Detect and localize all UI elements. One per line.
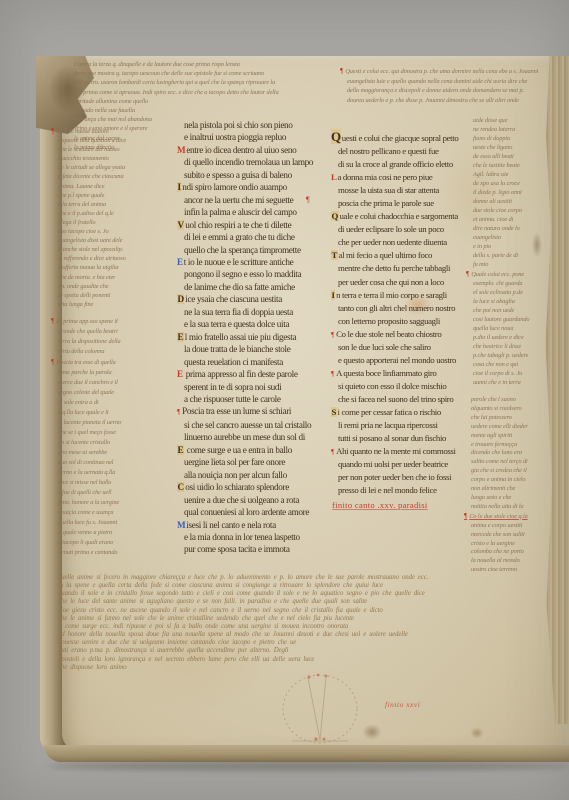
text-line: lume parche la parola <box>58 368 121 378</box>
decorated-initial: E <box>177 445 184 455</box>
text-line: el sole entra a di <box>58 398 121 408</box>
text-line: euangelista dissi uani dele <box>58 236 126 245</box>
text-line: tutti si posano al sonar dun fischio <box>338 432 458 445</box>
text-line: donne ali uestiti <box>473 197 529 206</box>
text-line: Quale e colui chadocchia e sargomenta <box>331 210 458 223</box>
decorated-initial: Q <box>331 211 339 221</box>
text-line: ueste che ligano <box>473 143 529 152</box>
text-line: che le iustitie beate <box>473 161 529 170</box>
text-line: che le luce del sante anime si agugliano… <box>58 598 428 606</box>
gutter-paragraph-mark: ¶ <box>306 195 310 204</box>
text-line: Vuol chio respiri a te che ti dilette <box>177 219 313 231</box>
text-line: che p.l spene quale <box>58 191 126 200</box>
text-line: Tal mi fecio a quel ultimo foco <box>331 249 458 262</box>
text-line: Et io le nuoue e le scritture antiche <box>177 256 313 268</box>
text-line: notitia nella uita di la <box>471 503 528 512</box>
right-margin-gloss-lower: parole che l suonoalquanto si riuolseroc… <box>471 396 528 575</box>
text-line: si che sel cancro auesse un tal cristall… <box>184 419 313 431</box>
text-line: di ueder eclipsare lo sole un poco <box>338 223 458 236</box>
decorated-initial: I <box>331 290 335 300</box>
text-line: Agil. laltra uie <box>473 170 529 179</box>
text-line: el sole eclissato p.de <box>473 288 529 297</box>
text-line: quelle anime si fecero in maggiore chiar… <box>58 574 428 582</box>
text-line: ¶Questi e colui ecc. qui dimostra p. che… <box>340 66 538 77</box>
text-line: uenuti prima e cantando <box>58 548 121 558</box>
text-line: dicendo che luno era <box>471 449 528 458</box>
text-line: si refferendo e dice uirtuoso <box>58 254 126 263</box>
text-line: euangelista <box>473 233 529 242</box>
text-line: caritade allumina come quello <box>74 97 279 106</box>
manuscript-photo: Contra la terza q. dinquelle e da lautor… <box>0 0 569 800</box>
text-line: il diede p. ligio anni <box>473 188 529 197</box>
text-line: uanni che e in terra <box>473 378 529 387</box>
text-line: la spetia delli ponenti <box>58 291 126 300</box>
text-line: e iacopo li quali erano <box>58 538 121 548</box>
text-line: della s. parte de di <box>473 251 529 260</box>
text-line: che dispuose loro animo <box>58 664 428 672</box>
text-line: e offerta nuoua la uigilia <box>58 263 126 272</box>
text-line: mercede che son saliti <box>471 531 528 540</box>
decorated-initial: Q <box>331 129 341 144</box>
text-line: che lui potessero <box>471 414 528 423</box>
text-line: ¶Ahi quanto ne la mente mi commossi <box>331 445 458 458</box>
text-line: di su la croce al grande officio eletto <box>338 158 458 171</box>
text-line: uita lunga fine <box>58 300 126 309</box>
text-line: suo iacopo cioe s. Jo <box>58 227 126 236</box>
text-line: p.che tabagli p. uedere <box>473 351 529 360</box>
text-line: che le anime si fanno nel sole che le an… <box>58 615 428 623</box>
text-line: e trouaro fermeçça <box>471 441 528 450</box>
text-line: infin la palma e aluscir del campo <box>184 206 313 218</box>
paragraph-mark: ¶ <box>51 126 54 135</box>
decorated-initial: I <box>177 182 181 192</box>
text-line: Indi spiro lamore ondio auampo <box>177 181 313 193</box>
text-line: Si come per cessar fatica o rischio <box>331 406 458 419</box>
text-line: p.dio il uedere e dice <box>473 333 529 342</box>
text-line: colomba che ne porto <box>471 548 528 557</box>
text-line: fiano di doppia <box>473 134 529 143</box>
text-line: exemplo. chi guarda <box>473 279 529 288</box>
paragraph-mark: ¶ <box>51 316 54 325</box>
paragraph-mark: ¶ <box>331 330 334 339</box>
text-line: e questo apporterai nel mondo uostro <box>338 354 458 367</box>
decorated-initial: L <box>331 172 337 182</box>
text-line: e la mia donna in lor tenea laspetto <box>184 531 313 543</box>
text-line: nela pistola poi si chio son pieno <box>184 119 313 131</box>
text-line: due stole cioe corpo <box>473 206 529 215</box>
text-line: e q.lla luce quale e li <box>58 408 121 418</box>
text-line: alquanto si riuolsero <box>471 405 528 414</box>
text-line: rispuose alla quistion e dice <box>58 136 126 145</box>
text-line: fu mio <box>473 260 529 269</box>
text-line: uostro cioe terreno <box>471 566 528 575</box>
text-line: anima. Laume dice <box>58 182 126 191</box>
text-line: terra la dispositione della <box>58 337 121 347</box>
text-line: del nostro pellicano e questi fue <box>338 145 458 158</box>
text-line: anima e corpo uestiti <box>471 522 528 531</box>
text-line: tanto con gli altri chel numero nostro <box>338 302 458 315</box>
text-line: ¶Co le due stole nel beato chiostro <box>331 328 458 341</box>
text-line: fano. honore a la uergine <box>58 498 121 508</box>
text-line: che le scritture del nuouo <box>58 145 126 154</box>
text-line: E come surge ecc. indi ripuose e poi si … <box>58 623 428 631</box>
text-line: ¶Et io le nuoue lautore <box>51 126 126 136</box>
text-line: uenire a due che si uolgeano a rota <box>184 494 313 506</box>
verse-column-right: Questi e colui che giacque sopral pettod… <box>330 130 458 497</box>
text-line: ¶Poscia tra esse di quella <box>51 357 121 368</box>
text-line: la nouella al mondo <box>471 557 528 566</box>
text-line: a che rispuoser tutte le carole <box>184 393 313 405</box>
left-margin-gloss-upper: ¶Et io le nuoue lautorerispuose alla qui… <box>58 126 126 309</box>
text-line: la luce si abaglia <box>473 297 529 306</box>
text-line: della maggiorança e discepoli e donne ui… <box>347 86 538 96</box>
text-line: ancor ne la uertu che mi seguette <box>184 194 313 206</box>
text-line: parole che l suono <box>471 396 528 405</box>
text-line: de esso alli beati <box>473 152 529 161</box>
text-line: de lanime che dio sa fatte amiche <box>184 281 313 293</box>
text-line: El mio fratello assai uie piu digesta <box>177 331 313 343</box>
text-line: nouiçia come e usança <box>58 508 121 518</box>
text-line: ¶Poscia tra esse un lume si schiari <box>177 405 313 418</box>
text-line: La donna mia cosi ne pero piue <box>331 171 458 184</box>
bottom-commentary: quelle anime si fecero in maggiore chiar… <box>58 574 428 672</box>
text-line: gia che si credea che il <box>471 467 528 476</box>
quire-note-rubric: finito xxvi <box>385 700 420 709</box>
text-line: che de morta. e bia eter <box>58 273 126 282</box>
text-line: tione che mostra q. iacopo uescouo che d… <box>74 69 279 78</box>
decorated-initial: M <box>177 520 185 530</box>
text-line: dourea uederlo e p. che disse p. Jouanni… <box>347 96 538 106</box>
text-line: uide disse que <box>473 116 529 125</box>
text-line: luce si misse nel ballo <box>58 478 121 488</box>
paragraph-mark: ¶ <box>177 407 180 416</box>
text-line: segno celeste del quale <box>58 388 121 398</box>
decorated-initial: E <box>177 332 184 342</box>
decorated-initial: C <box>177 482 184 492</box>
verse-column-left: nela pistola poi si chio son pienoe inal… <box>176 119 313 556</box>
text-line: ¶Co le due stole cioe q.la <box>464 512 528 522</box>
text-line: per pietro. usaron lombardi certa lusing… <box>74 78 279 87</box>
text-line: alla nouiçia non per alcun fallo <box>184 469 313 481</box>
text-line: uno mese ui serebbe <box>58 448 121 458</box>
text-line: mosse la uista sua di star attenta <box>338 184 458 197</box>
text-line: Mentre io dicea dentro al uiuo seno <box>177 144 313 156</box>
text-line: di lei e emmi a grato che tu diche <box>184 231 313 243</box>
text-line: alega il fratello <box>58 218 126 227</box>
paragraph-mark: ¶ <box>331 369 334 378</box>
explicit-rubric: finito canto .xxv. paradisi <box>332 500 428 510</box>
text-line: presso di lei e nel mondo felice <box>338 484 458 497</box>
text-line: ad honore della nouella sposa doue fia u… <box>58 631 428 639</box>
text-line: si quieto con esso il dolce mischio <box>338 380 458 393</box>
text-line: Questi e colui che giacque sopral petto <box>331 130 458 145</box>
text-line: di quello incendio tremolaua un lampo <box>184 156 313 168</box>
text-line: e uecchio testamento <box>58 154 126 163</box>
text-line: euangelista luie e quello quando nella c… <box>347 77 538 87</box>
text-line: e inaltrui uostra pioggia repluo <box>184 131 313 143</box>
text-line: uergine lieta sol per fare onore <box>184 456 313 468</box>
text-line: quella luce noua <box>473 324 529 333</box>
text-line: quello che la sperança timpromette <box>184 244 313 256</box>
text-line: ¶Et prima app.sso spene il <box>51 316 121 327</box>
text-line: e la sua terra e questa dolce uita <box>184 318 313 330</box>
header-gloss-right: ¶Questi e colui ecc. qui dimostra p. che… <box>347 66 538 105</box>
text-line: non altrimenti che <box>471 485 528 494</box>
text-line: son le due luci sole che saliro <box>338 341 458 354</box>
decorated-initial: V <box>177 220 184 230</box>
text-line: bianche stole nel apocalip. <box>58 245 126 254</box>
text-line: luogo uoto e che <box>471 494 528 503</box>
text-line: dire natura onde lo <box>473 224 529 233</box>
text-line: mentre che detto fu perche tabbagli <box>338 262 458 275</box>
text-line: in la spene e quella certa della fede si… <box>58 582 428 590</box>
paragraph-mark: ¶ <box>51 357 54 366</box>
text-line: per non poter ueder ben che io fossi <box>338 471 458 484</box>
text-line: In terra e terra il mio corpo e saragli <box>331 289 458 302</box>
text-line: e fue di quelli che uell <box>58 488 121 498</box>
paragraph-mark: ¶ <box>340 66 343 75</box>
text-line: linuerno aurebbe un mese dun sol di <box>184 431 313 443</box>
paragraph-mark: ¶ <box>464 511 467 520</box>
text-line: che e il p.adiso del q.le <box>58 209 126 218</box>
decorated-initial: S <box>331 407 337 417</box>
text-line: douesse uenire e due che si uolgeano ins… <box>58 639 428 647</box>
text-line: cristo e la uergine <box>471 540 528 549</box>
text-line: et anima. cioe di <box>473 215 529 224</box>
text-line: che se i quel meço fosse <box>58 428 121 438</box>
text-line: che poi non uede <box>473 306 529 315</box>
text-line: che si facea nel suono del trino spiro <box>338 393 458 406</box>
text-line: cioe il corpo di s. Jo <box>473 369 529 378</box>
decorated-initial: D <box>177 294 184 304</box>
text-line: dun sol di continuo nel <box>58 458 121 468</box>
left-margin-gloss-lower: ¶Et prima app.sso spene ilgrande che que… <box>58 316 121 558</box>
text-line: pur come sposa tacita e immota <box>184 543 313 555</box>
astronomical-circle-sketch <box>278 668 364 750</box>
text-line: qual conueniesi al loro ardente amore <box>184 506 313 518</box>
text-line: Contra la terza q. dinquelle e da lautor… <box>74 60 279 69</box>
text-line: con letterno proposito sagguagli <box>338 315 458 328</box>
text-line: un si lucente cristallo <box>58 438 121 448</box>
text-line: Misesi li nel canto e nela rota <box>177 519 313 531</box>
decorated-initial: M <box>177 145 185 155</box>
text-line: salito come nel terço di <box>471 458 528 467</box>
text-line: e in pio <box>473 242 529 251</box>
text-line: giu prima come si apruoua. Indi spiro ec… <box>74 88 279 97</box>
decorated-initial: E <box>177 369 183 379</box>
text-line: poscia che prima le parole sue <box>338 197 458 210</box>
text-line: tornado nella sua fauella <box>74 106 279 115</box>
text-line: merce due il canchro e il <box>58 378 121 388</box>
text-line: quando il sole e in cristallo fosse sego… <box>58 590 428 598</box>
text-line: E come surge e ua e entra in ballo <box>177 444 313 456</box>
text-line: ¶A questa boce linfiammato giro <box>331 367 458 380</box>
text-line: quella luce fu s. Jouanni <box>58 518 121 528</box>
text-line: la doue tratta de le bianche stole <box>184 343 313 355</box>
text-line: uedere come elli dieder <box>471 423 528 432</box>
text-line: corpo e anima in cielo <box>471 476 528 485</box>
text-line: p.feta dicente che ciascuna <box>58 172 126 181</box>
text-line: mente agli spiriti <box>471 432 528 441</box>
text-line: che per ueder non uedente diuenta <box>338 236 458 249</box>
paragraph-mark: ¶ <box>331 447 334 456</box>
text-line: pongono il segno e esso lo maddita <box>184 268 313 280</box>
text-line: quando mi uolsi per ueder beatrice <box>338 458 458 471</box>
text-line: Cosi uidio lo schiarato splendore <box>177 481 313 493</box>
text-line: apostoli e della loro ignorança e nel se… <box>58 656 428 664</box>
text-line: E prima appresso al fin deste parole <box>177 368 313 380</box>
text-line: li remi pria ne lacqua ripercossi <box>338 419 458 432</box>
text-line: de le uirtudi se allega ysaia <box>58 163 126 172</box>
text-line: uerno e la uernata q.lla <box>58 468 121 478</box>
text-line: il quale venne a pietro <box>58 528 121 538</box>
text-line: cosi lautore guardando <box>473 315 529 324</box>
text-line: cioe giesu cristo ecc. ne ascese quando … <box>58 607 428 615</box>
right-margin-gloss-upper: uide disse quene rendea laterrafiano di … <box>473 116 529 387</box>
text-line: si lucente pianeta il uerno <box>58 418 121 428</box>
text-line: sperent in te di sopra noi sudi <box>184 381 313 393</box>
text-line: de xpo usa la croce <box>473 179 529 188</box>
text-line: uirtu della colonna <box>58 347 121 357</box>
decorated-initial: T <box>331 250 338 260</box>
decorated-initial: E <box>177 257 183 267</box>
paragraph-mark: ¶ <box>466 269 469 278</box>
text-line: questa reuelation ci manifesta <box>184 356 313 368</box>
text-line: ne la sua terra fia di doppia uesta <box>184 306 313 318</box>
book-shadow <box>48 761 569 771</box>
text-line: e la terra del anima <box>58 200 126 209</box>
text-line: cosa che non e qui <box>473 360 529 369</box>
text-line: grande che quella beatri <box>58 327 121 337</box>
text-line: per ueder cosa che qui non a loco <box>338 276 458 289</box>
text-line: ne rendea laterra <box>473 125 529 134</box>
text-line: Dice ysaia che ciascuna uestita <box>177 293 313 305</box>
text-line: na. onde gaudite che <box>58 282 126 291</box>
text-line: ¶Quale colui ecc. pone <box>466 269 529 279</box>
text-line: subito e spesso a guisa di baleno <box>184 169 313 181</box>
text-line: nuti erano p.ma p. dimostrança si auerre… <box>58 647 428 655</box>
text-line: che beatrice li disse <box>473 342 529 351</box>
